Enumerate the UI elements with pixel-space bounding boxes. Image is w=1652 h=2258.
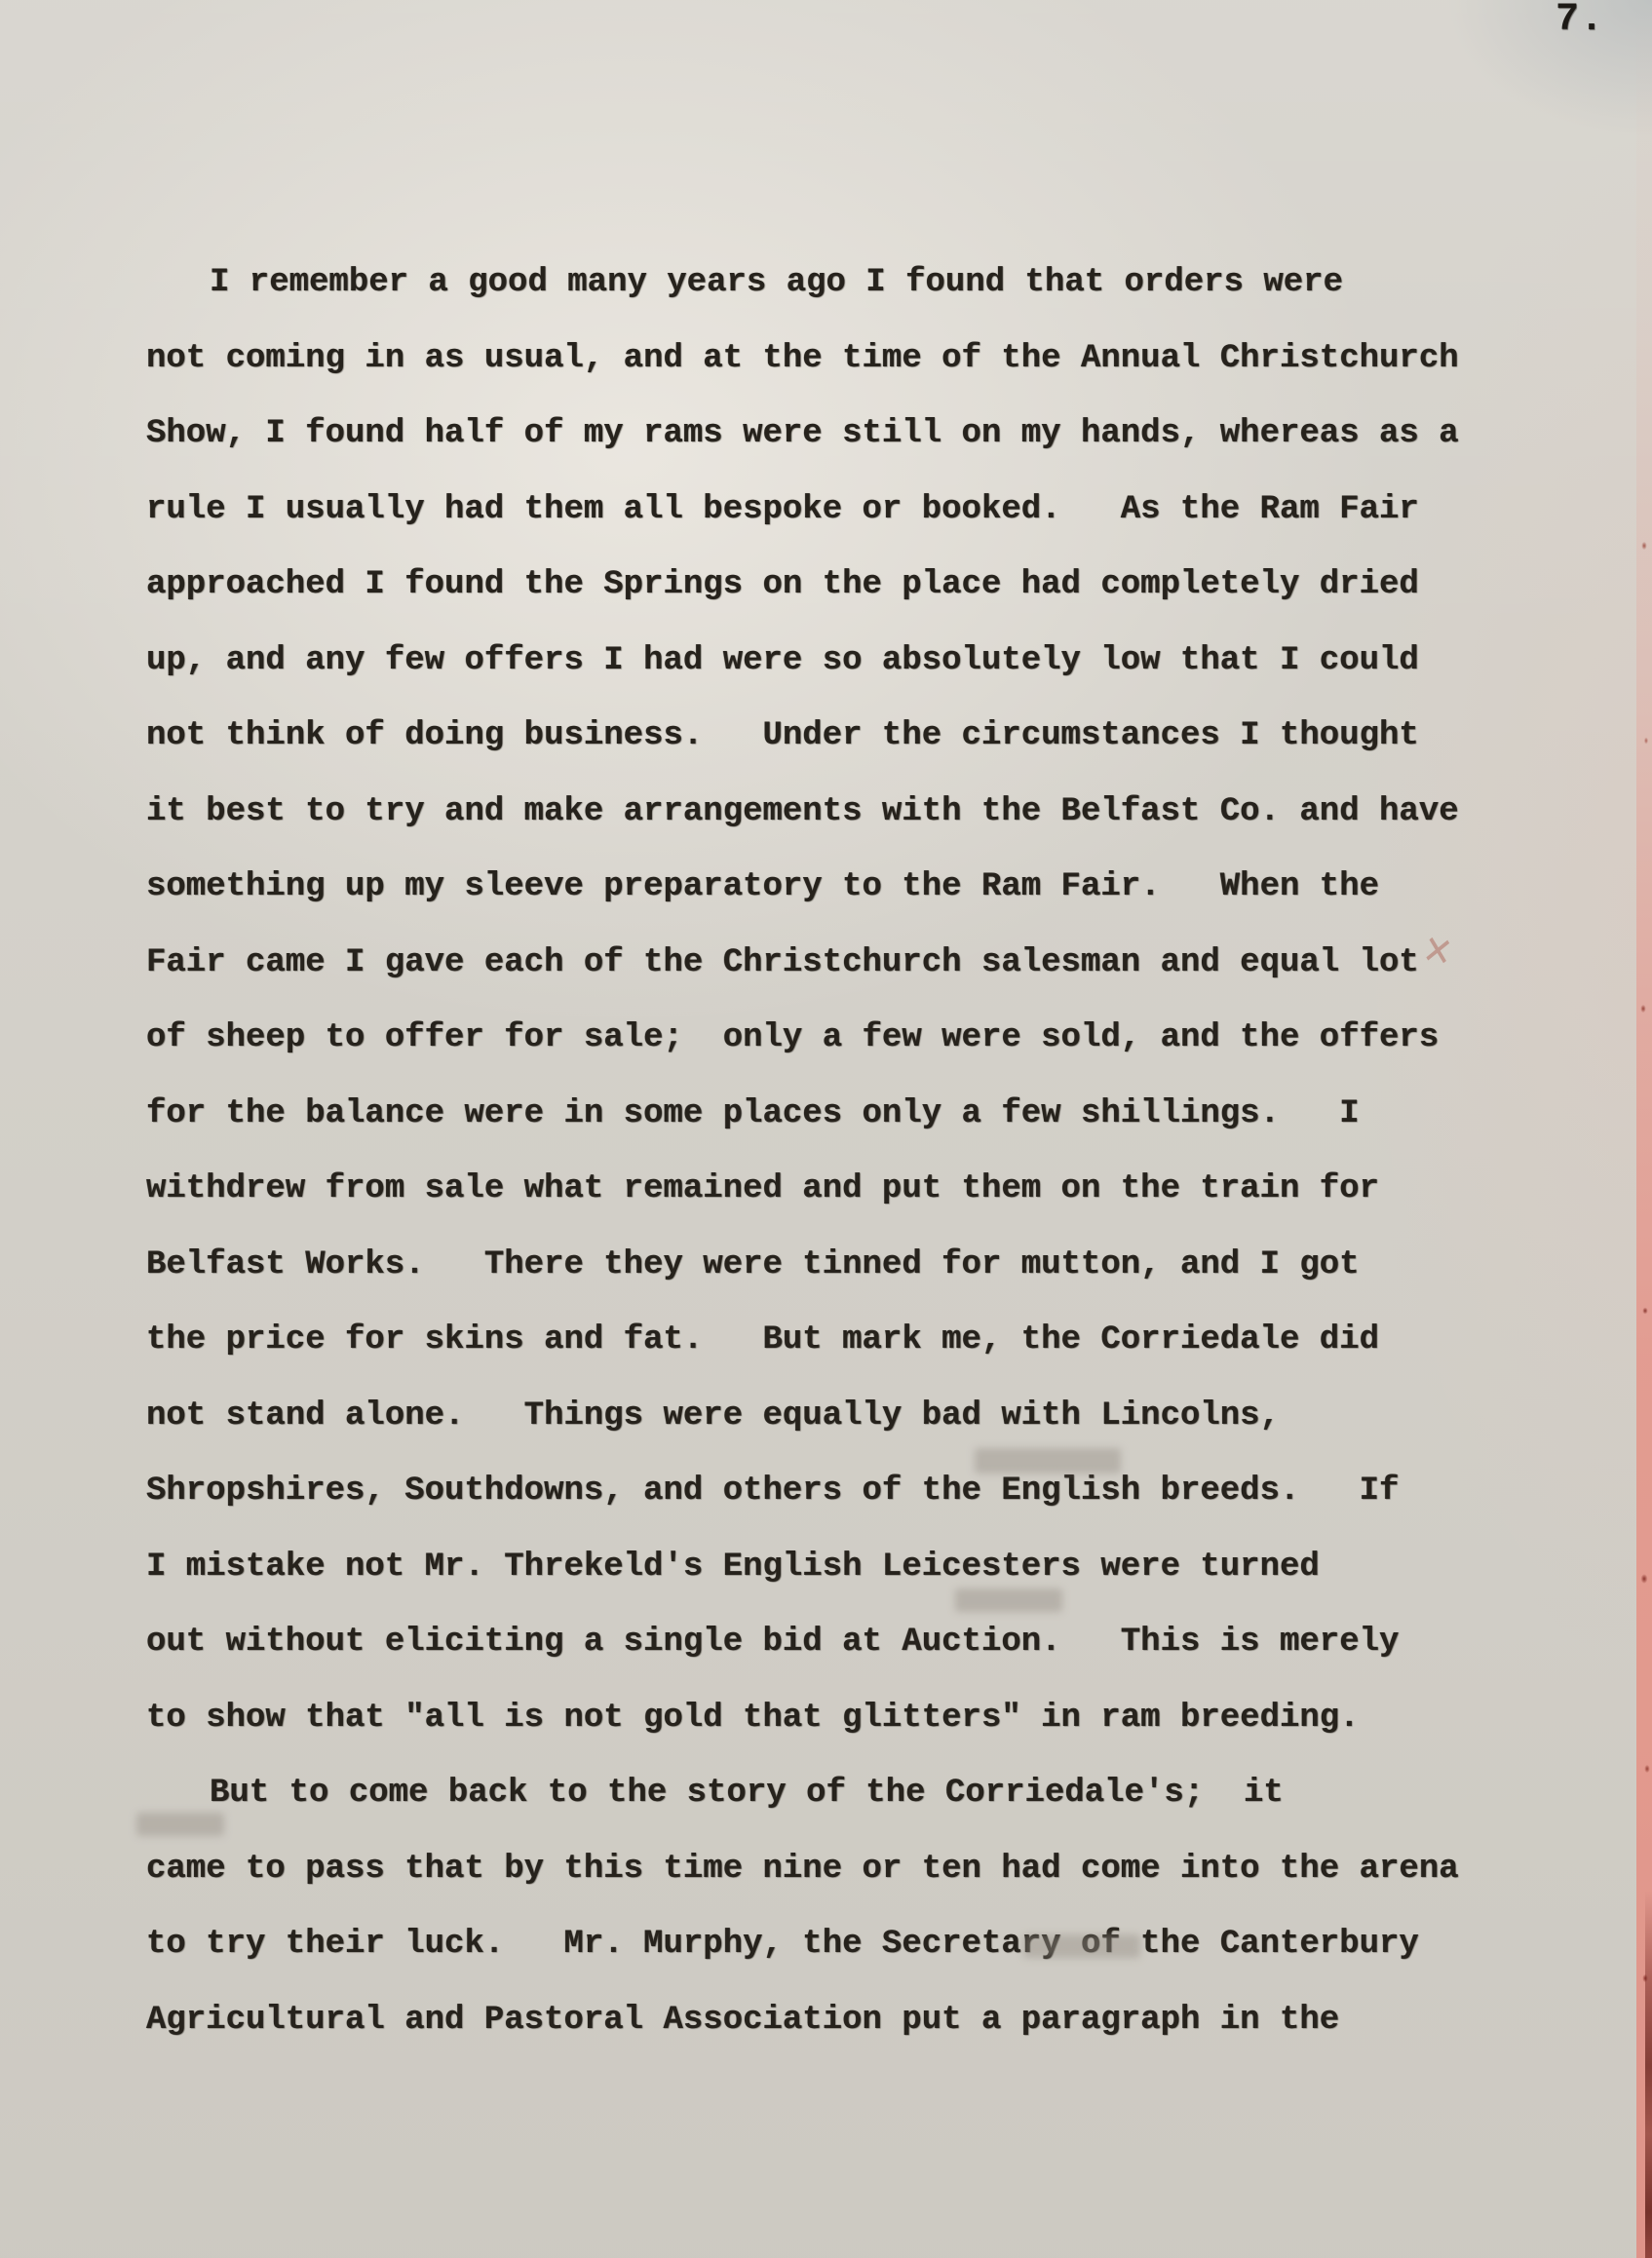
- typescript-body: I remember a good many years ago I found…: [146, 246, 1530, 2058]
- text-line: not stand alone. Things were equally bad…: [146, 1379, 1530, 1455]
- text-line: something up my sleeve preparatory to th…: [146, 850, 1530, 926]
- text-line: it best to try and make arrangements wit…: [146, 775, 1530, 851]
- text-line: Agricultural and Pastoral Association pu…: [146, 1983, 1530, 2059]
- text-line: not think of doing business. Under the c…: [146, 699, 1530, 775]
- text-line: to try their luck. Mr. Murphy, the Secre…: [146, 1907, 1530, 1983]
- text-line: approached I found the Springs on the pl…: [146, 548, 1530, 624]
- text-line: I mistake not Mr. Threkeld's English Lei…: [146, 1530, 1530, 1606]
- bleed-through-smudge: [975, 1448, 1121, 1473]
- text-line: I remember a good many years ago I found…: [146, 246, 1530, 322]
- page-number: 7.: [1556, 0, 1604, 42]
- text-line: But to come back to the story of the Cor…: [146, 1756, 1530, 1832]
- text-line: withdrew from sale what remained and put…: [146, 1152, 1530, 1228]
- text-line: out without eliciting a single bid at Au…: [146, 1605, 1530, 1681]
- text-line: up, and any few offers I had were so abs…: [146, 624, 1530, 700]
- bleed-through-smudge: [1023, 1934, 1140, 1958]
- text-line: not coming in as usual, and at the time …: [146, 322, 1530, 398]
- document-page: 7. I remember a good many years ago I fo…: [0, 0, 1652, 2258]
- text-line: rule I usually had them all bespoke or b…: [146, 473, 1530, 549]
- text-line: of sheep to offer for sale; only a few w…: [146, 1001, 1530, 1077]
- text-line: Fair came I gave each of the Christchurc…: [146, 926, 1530, 1002]
- text-line: Shropshires, Southdowns, and others of t…: [146, 1454, 1530, 1530]
- text-line: Belfast Works. There they were tinned fo…: [146, 1228, 1530, 1304]
- text-line: Show, I found half of my rams were still…: [146, 397, 1530, 473]
- bleed-through-smudge: [136, 1813, 224, 1836]
- text-line: for the balance were in some places only…: [146, 1077, 1530, 1153]
- text-line: to show that "all is not gold that glitt…: [146, 1681, 1530, 1757]
- text-line: the price for skins and fat. But mark me…: [146, 1303, 1530, 1379]
- page-edge-dark-speckle: [1645, 1891, 1652, 2258]
- text-line: came to pass that by this time nine or t…: [146, 1832, 1530, 1908]
- bleed-through-smudge: [955, 1588, 1062, 1612]
